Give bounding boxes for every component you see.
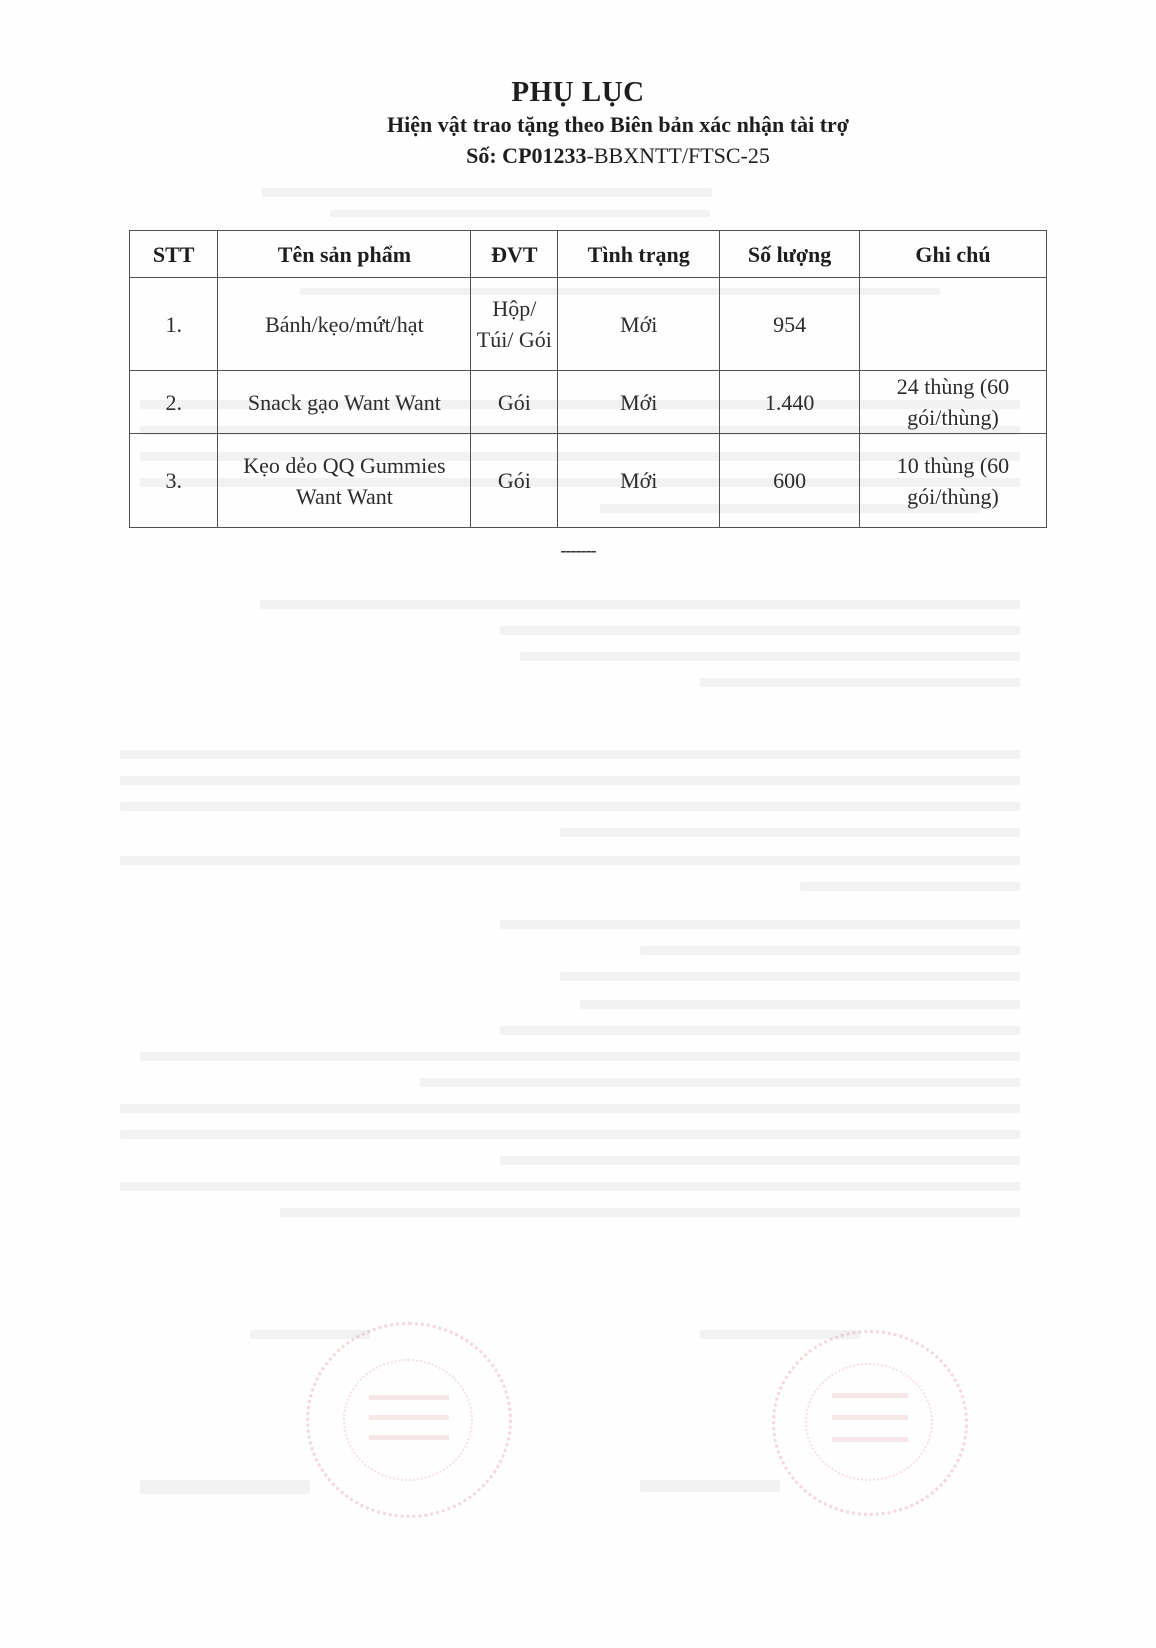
document-number-label: Số: CP01233 [466,143,586,168]
cell-status: Mới [558,371,720,434]
cell-stt: 3. [130,434,218,528]
right-seal-stamp-icon [772,1330,968,1516]
table-header-row: STT Tên sản phẩm ĐVT Tình trạng Số lượng… [130,231,1047,278]
document-number-suffix: -BBXNTT/FTSC-25 [587,143,770,168]
cell-quantity: 954 [720,278,860,371]
end-separator: ------- [0,540,1156,561]
cell-status: Mới [558,278,720,371]
header-status: Tình trạng [558,231,720,278]
cell-status: Mới [558,434,720,528]
cell-quantity: 600 [720,434,860,528]
document-page: PHỤ LỤC Hiện vật trao tặng theo Biên bản… [0,0,1156,1648]
document-title: PHỤ LỤC [0,76,1156,109]
table-row: 3. Kẹo dẻo QQ Gummies Want Want Gói Mới … [130,434,1047,528]
cell-note [859,278,1046,371]
left-seal-stamp-icon [306,1322,512,1518]
cell-unit: Gói [471,434,558,528]
table-row: 2. Snack gạo Want Want Gói Mới 1.440 24 … [130,371,1047,434]
document-subtitle: Hiện vật trao tặng theo Biên bản xác nhậ… [40,112,1156,138]
cell-stt: 1. [130,278,218,371]
header-product-name: Tên sản phẩm [218,231,471,278]
cell-stt: 2. [130,371,218,434]
table-row: 1. Bánh/kẹo/mứt/hạt Hộp/ Túi/ Gói Mới 95… [130,278,1047,371]
header-stt: STT [130,231,218,278]
donation-items-table: STT Tên sản phẩm ĐVT Tình trạng Số lượng… [129,230,1047,528]
cell-unit: Gói [471,371,558,434]
cell-note: 10 thùng (60 gói/thùng) [859,434,1046,528]
cell-product-name: Snack gạo Want Want [218,371,471,434]
document-number: Số: CP01233-BBXNTT/FTSC-25 [40,143,1156,169]
header-unit: ĐVT [471,231,558,278]
cell-unit: Hộp/ Túi/ Gói [471,278,558,371]
cell-quantity: 1.440 [720,371,860,434]
cell-product-name: Bánh/kẹo/mứt/hạt [218,278,471,371]
cell-product-name: Kẹo dẻo QQ Gummies Want Want [218,434,471,528]
header-note: Ghi chú [859,231,1046,278]
header-quantity: Số lượng [720,231,860,278]
cell-note: 24 thùng (60 gói/thùng) [859,371,1046,434]
